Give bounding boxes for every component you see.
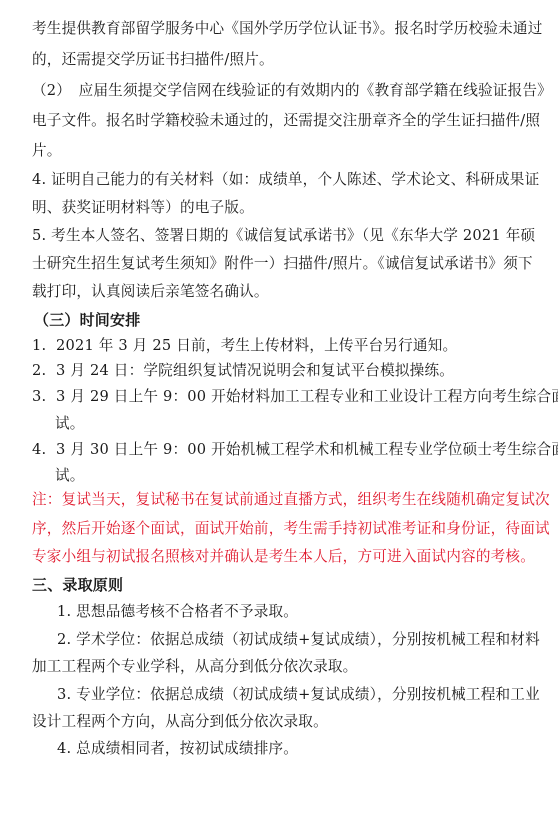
note-line: 序，然后开始逐个面试，面试开始前，考生需手持初试准考证和身份证，待面试 bbox=[32, 519, 530, 539]
list-item-4: 4. 证明自己能力的有关材料（如：成绩单，个人陈述、学术论文、科研成果证 bbox=[32, 170, 530, 190]
admission-item-3: 3. 专业学位：依据总成绩（初试成绩+复试成绩），分别按机械工程和工业 bbox=[57, 685, 529, 705]
paragraph-line: 加工工程两个专业学科，从高分到低分依次录取。 bbox=[32, 657, 532, 677]
note-line: 注：复试当天，复试秘书在复试前通过直播方式，组织考生在线随机确定复试次 bbox=[32, 490, 530, 510]
list-item-5: 5. 考生本人签名、签署日期的《诚信复试承诺书》（见《东华大学 2021 年硕 bbox=[32, 226, 530, 246]
item-text: 3 月 24 日：学院组织复试情况说明会和复试平台模拟操练。 bbox=[56, 362, 454, 379]
paragraph-line: 载打印，认真阅读后亲笔签名确认。 bbox=[32, 282, 532, 302]
item-number: 1. bbox=[32, 337, 46, 354]
paragraph-line: 片。 bbox=[32, 141, 532, 161]
item-number: 4. bbox=[32, 441, 46, 458]
section-heading-schedule: （三）时间安排 bbox=[34, 310, 534, 330]
paragraph-line: 设计工程两个方向，从高分到低分依次录取。 bbox=[32, 712, 532, 732]
paragraph-line: （2） 应届生须提交学信网在线验证的有效期内的《教育部学籍在线验证报告》 bbox=[32, 81, 530, 101]
item-continuation: 试。 bbox=[55, 466, 555, 486]
schedule-item-4: 4. 3 月 30 日上午 9：00 开始机械工程学术和机械工程专业学位硕士考生… bbox=[32, 440, 532, 460]
paragraph-line: 明、获奖证明材料等）的电子版。 bbox=[32, 198, 532, 218]
item-number: 2. bbox=[32, 362, 46, 379]
item-text: 2021 年 3 月 25 日前，考生上传材料，上传平台另行通知。 bbox=[56, 337, 457, 354]
item-number: 3. bbox=[32, 388, 46, 405]
schedule-item-3: 3. 3 月 29 日上午 9：00 开始材料加工工程专业和工业设计工程方向考生… bbox=[32, 387, 532, 407]
paragraph-line: 考生提供教育部留学服务中心《国外学历学位认证书》。报名时学历校验未通过 bbox=[32, 19, 530, 39]
paragraph-line: 电子文件。报名时学籍校验未通过的，还需提交注册章齐全的学生证扫描件/照 bbox=[32, 111, 530, 131]
item-text: 3 月 30 日上午 9：00 开始机械工程学术和机械工程专业学位硕士考生综合面 bbox=[56, 441, 558, 458]
schedule-item-1: 1. 2021 年 3 月 25 日前，考生上传材料，上传平台另行通知。 bbox=[32, 336, 532, 356]
note-line: 专家小组与初试报名照核对并确认是考生本人后，方可进入面试内容的考核。 bbox=[32, 547, 532, 567]
item-continuation: 试。 bbox=[55, 414, 555, 434]
admission-item-4: 4. 总成绩相同者，按初试成绩排序。 bbox=[57, 739, 557, 759]
item-text: 3 月 29 日上午 9：00 开始材料加工工程专业和工业设计工程方向考生综合面 bbox=[56, 388, 558, 405]
admission-item-2: 2. 学术学位：依据总成绩（初试成绩+复试成绩），分别按机械工程和材料 bbox=[57, 630, 529, 650]
admission-item-1: 1. 思想品德考核不合格者不予录取。 bbox=[57, 602, 557, 622]
paragraph-line: 士研究生招生复试考生须知》附件一）扫描件/照片。《诚信复试承诺书》须下 bbox=[32, 254, 530, 274]
section-heading-admission: 三、录取原则 bbox=[32, 575, 532, 595]
paragraph-line: 的，还需提交学历证书扫描件/照片。 bbox=[32, 50, 532, 70]
document-page: 考生提供教育部留学服务中心《国外学历学位认证书》。报名时学历校验未通过 的，还需… bbox=[0, 0, 558, 840]
schedule-item-2: 2. 3 月 24 日：学院组织复试情况说明会和复试平台模拟操练。 bbox=[32, 361, 532, 381]
